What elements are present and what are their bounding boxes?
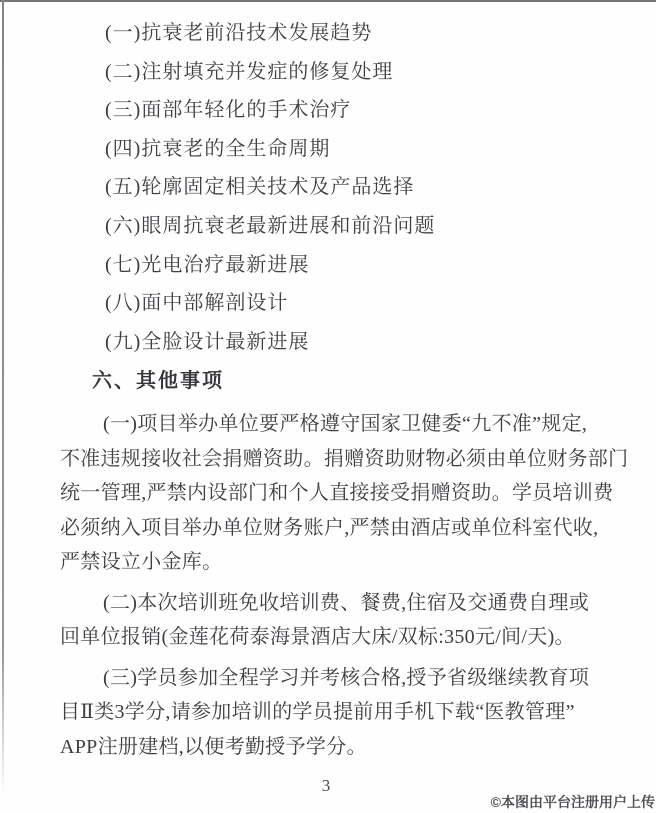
paragraph-3-line: 目Ⅱ类3学分,请参加培训的学员提前用手机下载“医教管理” xyxy=(60,695,622,730)
paragraph-1-line: 不准违规接收社会捐赠资助。捐赠资助财物必须由单位财务部门 xyxy=(60,442,622,477)
agenda-item-4: (四)抗衰老的全生命周期 xyxy=(60,130,622,169)
paragraph-2-line: (二)本次培训班免收培训费、餐费,住宿及交通费自理或 xyxy=(60,586,622,621)
watermark: ©本图由平台注册用户上传 xyxy=(491,792,655,812)
paragraph-3-line: (三)学员参加全程学习并考核合格,授予省级继续教育项 xyxy=(60,661,622,696)
agenda-item-1: (一)抗衰老前沿技术发展趋势 xyxy=(60,14,622,53)
paragraph-2-line: 回单位报销(金莲花荷泰海景酒店大床/双标:350元/间/天)。 xyxy=(60,620,622,655)
agenda-item-9: (九)全脸设计最新进展 xyxy=(60,323,622,362)
section-heading: 六、其他事项 xyxy=(60,361,622,401)
paragraph-1-line: 严禁设立小金库。 xyxy=(60,545,622,580)
scan-edge-top xyxy=(0,0,656,2)
document-content: (一)抗衰老前沿技术发展趋势 (二)注射填充并发症的修复处理 (三)面部年轻化的… xyxy=(60,14,622,796)
paragraph-2: (二)本次培训班免收培训费、餐费,住宿及交通费自理或 回单位报销(金莲花荷泰海景… xyxy=(60,586,622,655)
paragraph-1: (一)项目举办单位要严格遵守国家卫健委“九不准”规定, 不准违规接收社会捐赠资助… xyxy=(60,407,622,580)
paragraph-1-line: 必须纳入项目举办单位财务账户,严禁由酒店或单位科室代收, xyxy=(60,511,622,546)
agenda-list: (一)抗衰老前沿技术发展趋势 (二)注射填充并发症的修复处理 (三)面部年轻化的… xyxy=(60,14,622,361)
paragraph-1-line: 统一管理,严禁内设部门和个人直接接受捐赠资助。学员培训费 xyxy=(60,476,622,511)
agenda-item-2: (二)注射填充并发症的修复处理 xyxy=(60,53,622,92)
paragraph-1-line: (一)项目举办单位要严格遵守国家卫健委“九不准”规定, xyxy=(60,407,622,442)
paragraph-3-line: APP注册建档,以便考勤授予学分。 xyxy=(60,730,622,765)
scan-edge-left xyxy=(2,0,4,793)
agenda-item-5: (五)轮廓固定相关技术及产品选择 xyxy=(60,168,622,207)
paragraph-3: (三)学员参加全程学习并考核合格,授予省级继续教育项 目Ⅱ类3学分,请参加培训的… xyxy=(60,661,622,765)
agenda-item-6: (六)眼周抗衰老最新进展和前沿问题 xyxy=(60,207,622,246)
agenda-item-3: (三)面部年轻化的手术治疗 xyxy=(60,91,622,130)
document-page: (一)抗衰老前沿技术发展趋势 (二)注射填充并发症的修复处理 (三)面部年轻化的… xyxy=(0,0,656,813)
agenda-item-8: (八)面中部解剖设计 xyxy=(60,284,622,323)
agenda-item-7: (七)光电治疗最新进展 xyxy=(60,246,622,285)
